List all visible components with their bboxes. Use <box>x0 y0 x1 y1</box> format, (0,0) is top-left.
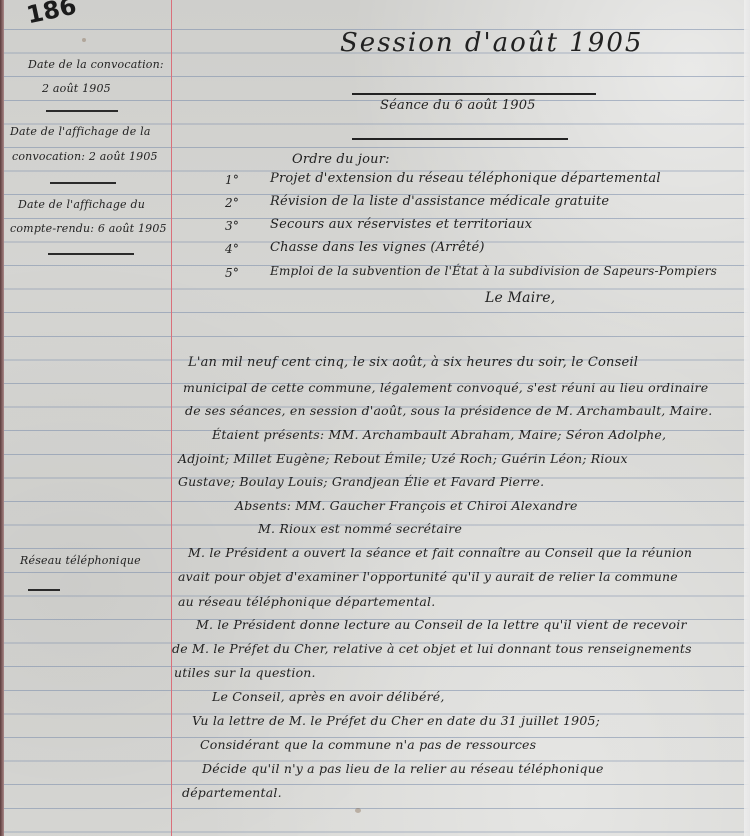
minutes-line: de M. le Préfet du Cher, relative à cet … <box>172 641 692 656</box>
margin-section-note: Réseau téléphonique <box>20 554 141 567</box>
minutes-line: Gustave; Boulay Louis; Grandjean Élie et… <box>178 474 544 489</box>
agenda-item-text: Secours aux réservistes et territoriaux <box>270 217 532 232</box>
minutes-line: Vu la lettre de M. le Préfet du Cher en … <box>192 713 600 728</box>
minutes-line: avait pour objet d'examiner l'opportunit… <box>178 569 678 584</box>
title-rule <box>352 93 596 95</box>
paper-stain <box>82 38 86 42</box>
agenda-item-number: 4° <box>225 242 239 256</box>
register-page: 186 Date de la convocation: 2 août 1905 … <box>0 0 750 836</box>
affichage-compte-rendu-date: compte-rendu: 6 août 1905 <box>10 222 167 235</box>
minutes-line: départemental. <box>182 785 282 800</box>
paper-stain <box>355 808 361 813</box>
minutes-line: M. le Président donne lecture au Conseil… <box>196 617 687 632</box>
agenda-item-number: 5° <box>225 266 239 280</box>
agenda-item-text: Projet d'extension du réseau téléphoniqu… <box>270 171 661 186</box>
page-binding-edge <box>0 0 4 836</box>
agenda-item-text: Révision de la liste d'assistance médica… <box>270 194 609 209</box>
minutes-line: Adjoint; Millet Eugène; Rebout Émile; Uz… <box>178 451 628 466</box>
agenda-item-number: 1° <box>225 173 239 187</box>
margin-divider <box>48 253 134 255</box>
subtitle-rule <box>352 138 568 140</box>
minutes-line: M. Rioux est nommé secrétaire <box>258 521 462 536</box>
margin-divider <box>28 589 60 591</box>
margin-divider <box>46 110 118 112</box>
affichage-convocation-label: Date de l'affichage de la <box>10 125 151 138</box>
minutes-line: L'an mil neuf cent cinq, le six août, à … <box>188 355 638 370</box>
minutes-line: Décide qu'il n'y a pas lieu de la relier… <box>202 761 604 776</box>
seance-subtitle: Séance du 6 août 1905 <box>380 98 536 113</box>
affichage-compte-rendu-label: Date de l'affichage du <box>18 198 145 211</box>
margin-divider <box>50 182 116 184</box>
minutes-line: municipal de cette commune, légalement c… <box>183 380 708 395</box>
minutes-line: Considérant que la commune n'a pas de re… <box>200 737 536 752</box>
agenda-item-number: 3° <box>225 219 239 233</box>
minutes-line: Le Conseil, après en avoir délibéré, <box>212 689 445 704</box>
margin-red-rule <box>171 0 172 836</box>
minutes-line: de ses séances, en session d'août, sous … <box>185 403 712 418</box>
page-right-edge <box>744 0 750 836</box>
affichage-convocation-date: convocation: 2 août 1905 <box>12 150 158 163</box>
minutes-line: Étaient présents: MM. Archambault Abraha… <box>212 427 666 442</box>
agenda-item-number: 2° <box>225 196 239 210</box>
maire-signature: Le Maire, <box>485 290 555 306</box>
session-title: Session d'août 1905 <box>340 28 643 58</box>
minutes-line: utiles sur la question. <box>174 665 316 680</box>
minutes-line: Absents: MM. Gaucher François et Chiroi … <box>235 498 578 513</box>
convocation-date: 2 août 1905 <box>42 82 111 95</box>
agenda-item-text: Emploi de la subvention de l'État à la s… <box>270 264 717 278</box>
minutes-line: M. le Président a ouvert la séance et fa… <box>188 545 692 560</box>
ordre-du-jour-heading: Ordre du jour: <box>292 152 390 167</box>
minutes-line: au réseau téléphonique départemental. <box>178 594 435 609</box>
agenda-item-text: Chasse dans les vignes (Arrêté) <box>270 240 485 255</box>
convocation-label: Date de la convocation: <box>28 58 164 71</box>
